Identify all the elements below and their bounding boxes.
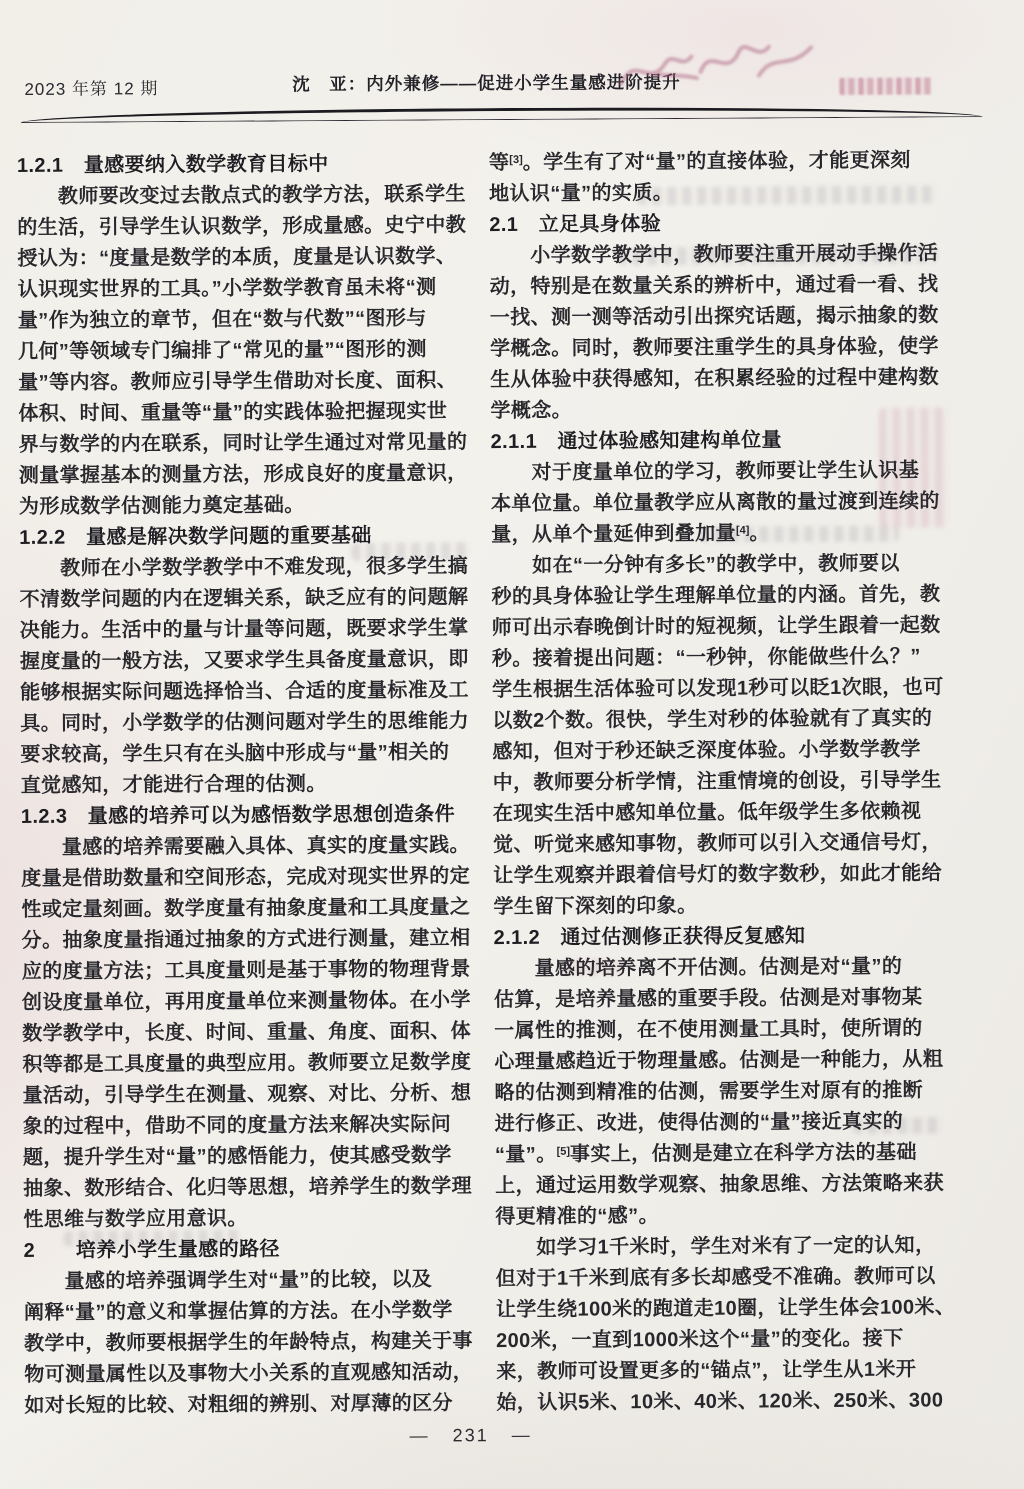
section-heading: 1.2.1 量感要纳入数学教育目标中 [17,148,473,182]
text-line: 积等都是工具度量的典型应用。教师要立足数学度 [22,1047,478,1081]
text-line: 数学教学中，长度、时间、重量、角度、面积、体 [22,1016,478,1050]
running-title: 沈 亚：内外兼修——促进小学生量感进阶提升 [0,67,976,98]
text-line: “量”。[5]事实上，估测是建立在科学方法的基础 [495,1137,951,1171]
text-line: 上，通过运用数学观察、抽象思维、方法策略来获 [495,1168,951,1202]
text-line: 具。同时，小学数学的估测问题对学生的思维能力 [20,706,476,740]
text-line: 阐释“量”的意义和掌握估算的方法。在小学数学 [24,1295,480,1329]
text-line: 教师在小学数学教学中不难发现，很多学生搞 [19,551,475,585]
text-line: 学生根据生活体验可以发现1秒可以眨1次眼，也可 [492,672,948,706]
text-line: 但对于1千米到底有多长却感受不准确。教师可以 [496,1261,952,1295]
text-line: 让学生绕100米的跑道走10圈，让学生体会100米、 [496,1292,952,1326]
text-line: 本单位量。单位量教学应从离散的量过渡到连续的 [491,486,947,520]
text-line: 量感的培养强调学生对“量”的比较，以及 [24,1264,480,1298]
text-line: 进行修正、改进，使得估测的“量”接近真实的 [495,1106,951,1140]
text-line: 物可测量属性以及事物大小关系的直观感知活动， [24,1357,480,1391]
text-line: 估算，是培养量感的重要手段。估测是对事物某 [494,982,950,1016]
text-line: 认识现实世界的工具。”小学数学教育虽未将“测 [18,272,474,306]
text-line: 分。抽象度量指通过抽象的方式进行测量，建立相 [22,923,478,957]
section-heading: 1.2.2 量感是解决数学问题的重要基础 [19,520,475,554]
text-line: 教学中，教师要根据学生的年龄特点，构建关于事 [24,1326,480,1360]
text-line: 的生活，引导学生认识数学，形成量感。史宁中教 [17,210,473,244]
text-line: 创设度量单位，再用度量单位来测量物体。在小学 [22,985,478,1019]
text-line: 为形成数学估测能力奠定基础。 [19,489,475,523]
text-line: 测量掌握基本的测量方法，形成良好的度量意识， [19,458,475,492]
text-line: 秒。接着提出问题：“一秒钟，你能做些什么？” [492,641,948,675]
text-line: 学生留下深刻的印象。 [493,889,949,923]
text-line: 不清数学问题的内在逻辑关系，缺乏应有的问题解 [19,582,475,616]
section-heading: 2.1.1 通过体验感知建构单位量 [491,424,947,458]
text-line: 几何”等领域专门编排了“常见的量”“图形的测 [18,334,474,368]
section-heading: 2 培养小学生量感的路径 [23,1233,479,1267]
left-column: 1.2.1 量感要纳入数学教育目标中 教师要改变过去散点式的教学方法，联系学生的… [17,148,481,1422]
text-line: 象的过程中，借助不同的度量方法来解决实际问 [23,1109,479,1143]
text-line: 等[3]。学生有了对“量”的直接体验，才能更深刻 [489,145,945,179]
text-line: 抽象、数形结合、化归等思想，培养学生的数学理 [23,1171,479,1205]
text-line: 量，从单个量延伸到叠加量[4]。 [491,517,947,551]
text-line: 量感的培养离不开估测。估测是对“量”的 [494,951,950,985]
text-line: 学概念。 [490,393,946,427]
text-line: 量”等内容。教师应引导学生借助对长度、面积、 [18,365,474,399]
text-line: 握度量的一般方法，又要求学生具备度量意识，即 [20,644,476,678]
text-line: 觉、听觉来感知事物，教师可以引入交通信号灯， [493,827,949,861]
text-line: 决能力。生活中的量与计量等问题，既要求学生掌 [20,613,476,647]
text-line: 量”作为独立的章节，但在“数与代数”“图形与 [18,303,474,337]
header-divider [21,105,983,123]
section-heading: 1.2.3 量感的培养可以为感悟数学思想创造条件 [21,799,477,833]
text-line: 得更精准的“感”。 [495,1199,951,1233]
text-line: 心理量感趋近于物理量感。估测是一种能力，从粗 [494,1044,950,1078]
text-line: 感知，但对于秒还缺乏深度体验。小学数学教学 [492,734,948,768]
text-line: 性思维与数学应用意识。 [23,1202,479,1236]
stamp-watermark [839,77,931,95]
text-line: 略的估测到精准的估测，需要学生对原有的推断 [494,1075,950,1109]
text-line: 对于度量单位的学习，教师要让学生认识基 [491,455,947,489]
text-line: 生从体验中获得感知，在积累经验的过程中建构数 [490,362,946,396]
scanned-page: 2023 年第 12 期 沈 亚：内外兼修——促进小学生量感进阶提升 1.2.1… [0,0,1024,1489]
text-line: 授认为：“度量是数学的本质，度量是认识数学、 [17,241,473,275]
text-line: 直觉感知，才能进行合理的估测。 [21,768,477,802]
text-line: 界与数学的内在联系，同时让学生通过对常见量的 [19,427,475,461]
text-line: 中，教师要分析学情，注重情境的创设，引导学生 [493,765,949,799]
text-line: 在现实生活中感知单位量。低年级学生多依赖视 [493,796,949,830]
text-line: 小学数学教学中，教师要注重开展动手操作活 [489,238,945,272]
text-line: 地认识“量”的实质。 [489,176,945,210]
text-line: 学概念。同时，教师要注重学生的具身体验，使学 [490,331,946,365]
text-line: 以数2个数。很快，学生对秒的体验就有了真实的 [492,703,948,737]
text-line: 要求较高，学生只有在头脑中形成与“量”相关的 [20,737,476,771]
text-line: 题，提升学生对“量”的感悟能力，使其感受数学 [23,1140,479,1174]
text-line: 量活动，引导学生在测量、观察、对比、分析、想 [23,1078,479,1112]
right-column: 等[3]。学生有了对“量”的直接体验，才能更深刻地认识“量”的实质。2.1 立足… [489,145,953,1419]
text-line: 秒的具身体验让学生理解单位量的内涵。首先，教 [491,579,947,613]
section-heading: 2.1.2 通过估测修正获得反复感知 [494,920,950,954]
text-line: 如学习1千米时，学生对米有了一定的认知， [495,1230,951,1264]
section-heading: 2.1 立足具身体验 [489,207,945,241]
text-line: 能够根据实际问题选择恰当、合适的度量标准及工 [20,675,476,709]
text-line: 师可出示春晚倒计时的短视频，让学生跟着一起数 [492,610,948,644]
text-line: 教师要改变过去散点式的教学方法，联系学生 [17,179,473,213]
text-line: 200米，一直到1000米这个“量”的变化。接下 [496,1323,952,1357]
text-line: 体积、时间、重量等“量”的实践体验把握现实世 [18,396,474,430]
text-line: 来，教师可设置更多的“锚点”，让学生从1米开 [496,1354,952,1388]
page-number: — 231 — [5,1422,937,1449]
text-line: 如在“一分钟有多长”的教学中，教师要以 [491,548,947,582]
text-line: 一找、测一测等活动引出探究话题，揭示抽象的数 [490,300,946,334]
text-line: 量感的培养需要融入具体、真实的度量实践。 [21,830,477,864]
text-line: 应的度量方法；工具度量则是基于事物的物理背景 [22,954,478,988]
scan-tilt-wrapper: 2023 年第 12 期 沈 亚：内外兼修——促进小学生量感进阶提升 1.2.1… [0,0,1024,1489]
text-line: 动，特别是在数量关系的辨析中，通过看一看、找 [490,269,946,303]
handwriting-watermark [606,29,825,108]
text-line: 始，认识5米、10米、40米、120米、250米、300 [496,1385,952,1419]
text-line: 性或定量刻画。数学度量有抽象度量和工具度量之 [21,892,477,926]
text-line: 让学生观察并跟着信号灯的数字数秒，如此才能给 [493,858,949,892]
text-line: 一属性的推测，在不使用测量工具时，使所谓的 [494,1013,950,1047]
text-line: 度量是借助数量和空间形态，完成对现实世界的定 [21,861,477,895]
text-line: 如对长短的比较、对粗细的辨别、对厚薄的区分 [24,1388,480,1422]
